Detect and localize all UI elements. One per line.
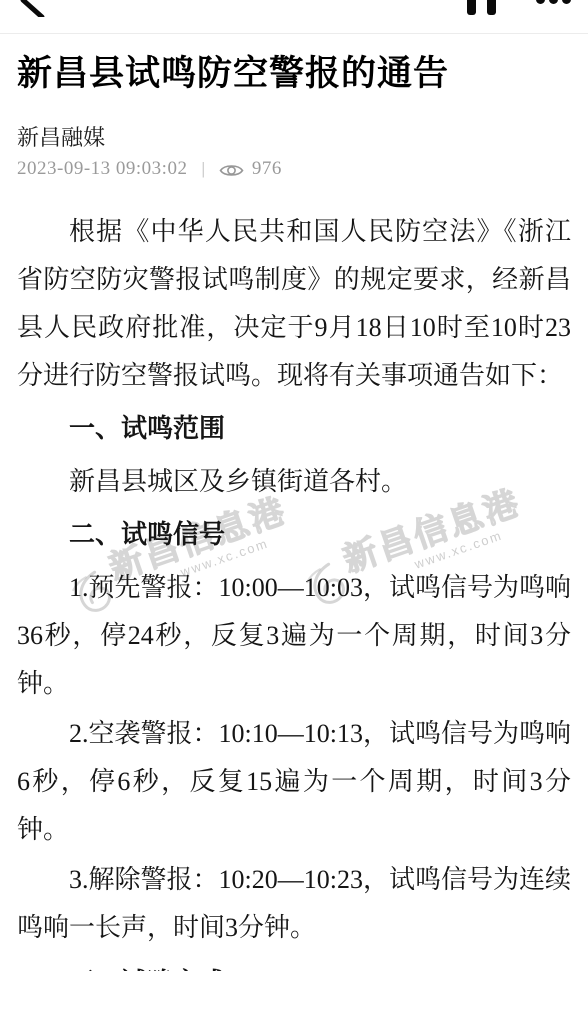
paragraph-signal-2: 2.空袭警报：10:10—10:13，试鸣信号为鸣响6秒，停6秒，反复15遍为一… <box>17 710 571 854</box>
article-body: 根据《中华人民共和国人民防空法》《浙江省防空防灾警报试鸣制度》的规定要求，经新昌… <box>17 208 571 971</box>
meta-separator: | <box>201 159 204 179</box>
article-page: 新昌信息港 www.xc.com 新昌信息港 www.xc.com 新昌县试鸣防… <box>0 0 588 1024</box>
article-meta-row: 2023-09-13 09:03:02 | 976 <box>17 156 571 182</box>
section-heading-1: 一、试鸣范围 <box>17 405 571 453</box>
header-bar <box>0 0 588 34</box>
publish-timestamp: 2023-09-13 09:03:02 <box>17 158 187 180</box>
two-bars-icon[interactable] <box>466 0 500 15</box>
section-heading-3: 三、试鸣方式 <box>17 959 571 971</box>
article-content: 新昌县试鸣防空警报的通告 新昌融媒 2023-09-13 09:03:02 | … <box>0 49 588 971</box>
article-source: 新昌融媒 <box>17 124 571 152</box>
paragraph-intro: 根据《中华人民共和国人民防空法》《浙江省防空防灾警报试鸣制度》的规定要求，经新昌… <box>17 208 571 400</box>
view-count: 976 <box>252 158 282 180</box>
eye-views-icon <box>219 162 244 179</box>
paragraph-scope: 新昌县城区及乡镇街道各村。 <box>17 458 571 506</box>
page-title: 新昌县试鸣防空警报的通告 <box>17 49 571 99</box>
back-chevron-icon[interactable] <box>16 0 50 17</box>
section-heading-2: 二、试鸣信号 <box>17 511 571 559</box>
ellipsis-more-icon[interactable] <box>536 0 574 6</box>
paragraph-signal-3: 3.解除警报：10:20—10:23，试鸣信号为连续鸣响一长声，时间3分钟。 <box>17 856 571 952</box>
paragraph-signal-1: 1.预先警报：10:00—10:03，试鸣信号为鸣响36秒，停24秒，反复3遍为… <box>17 564 571 708</box>
clipped-section-heading-wrap: 三、试鸣方式 <box>17 954 571 971</box>
